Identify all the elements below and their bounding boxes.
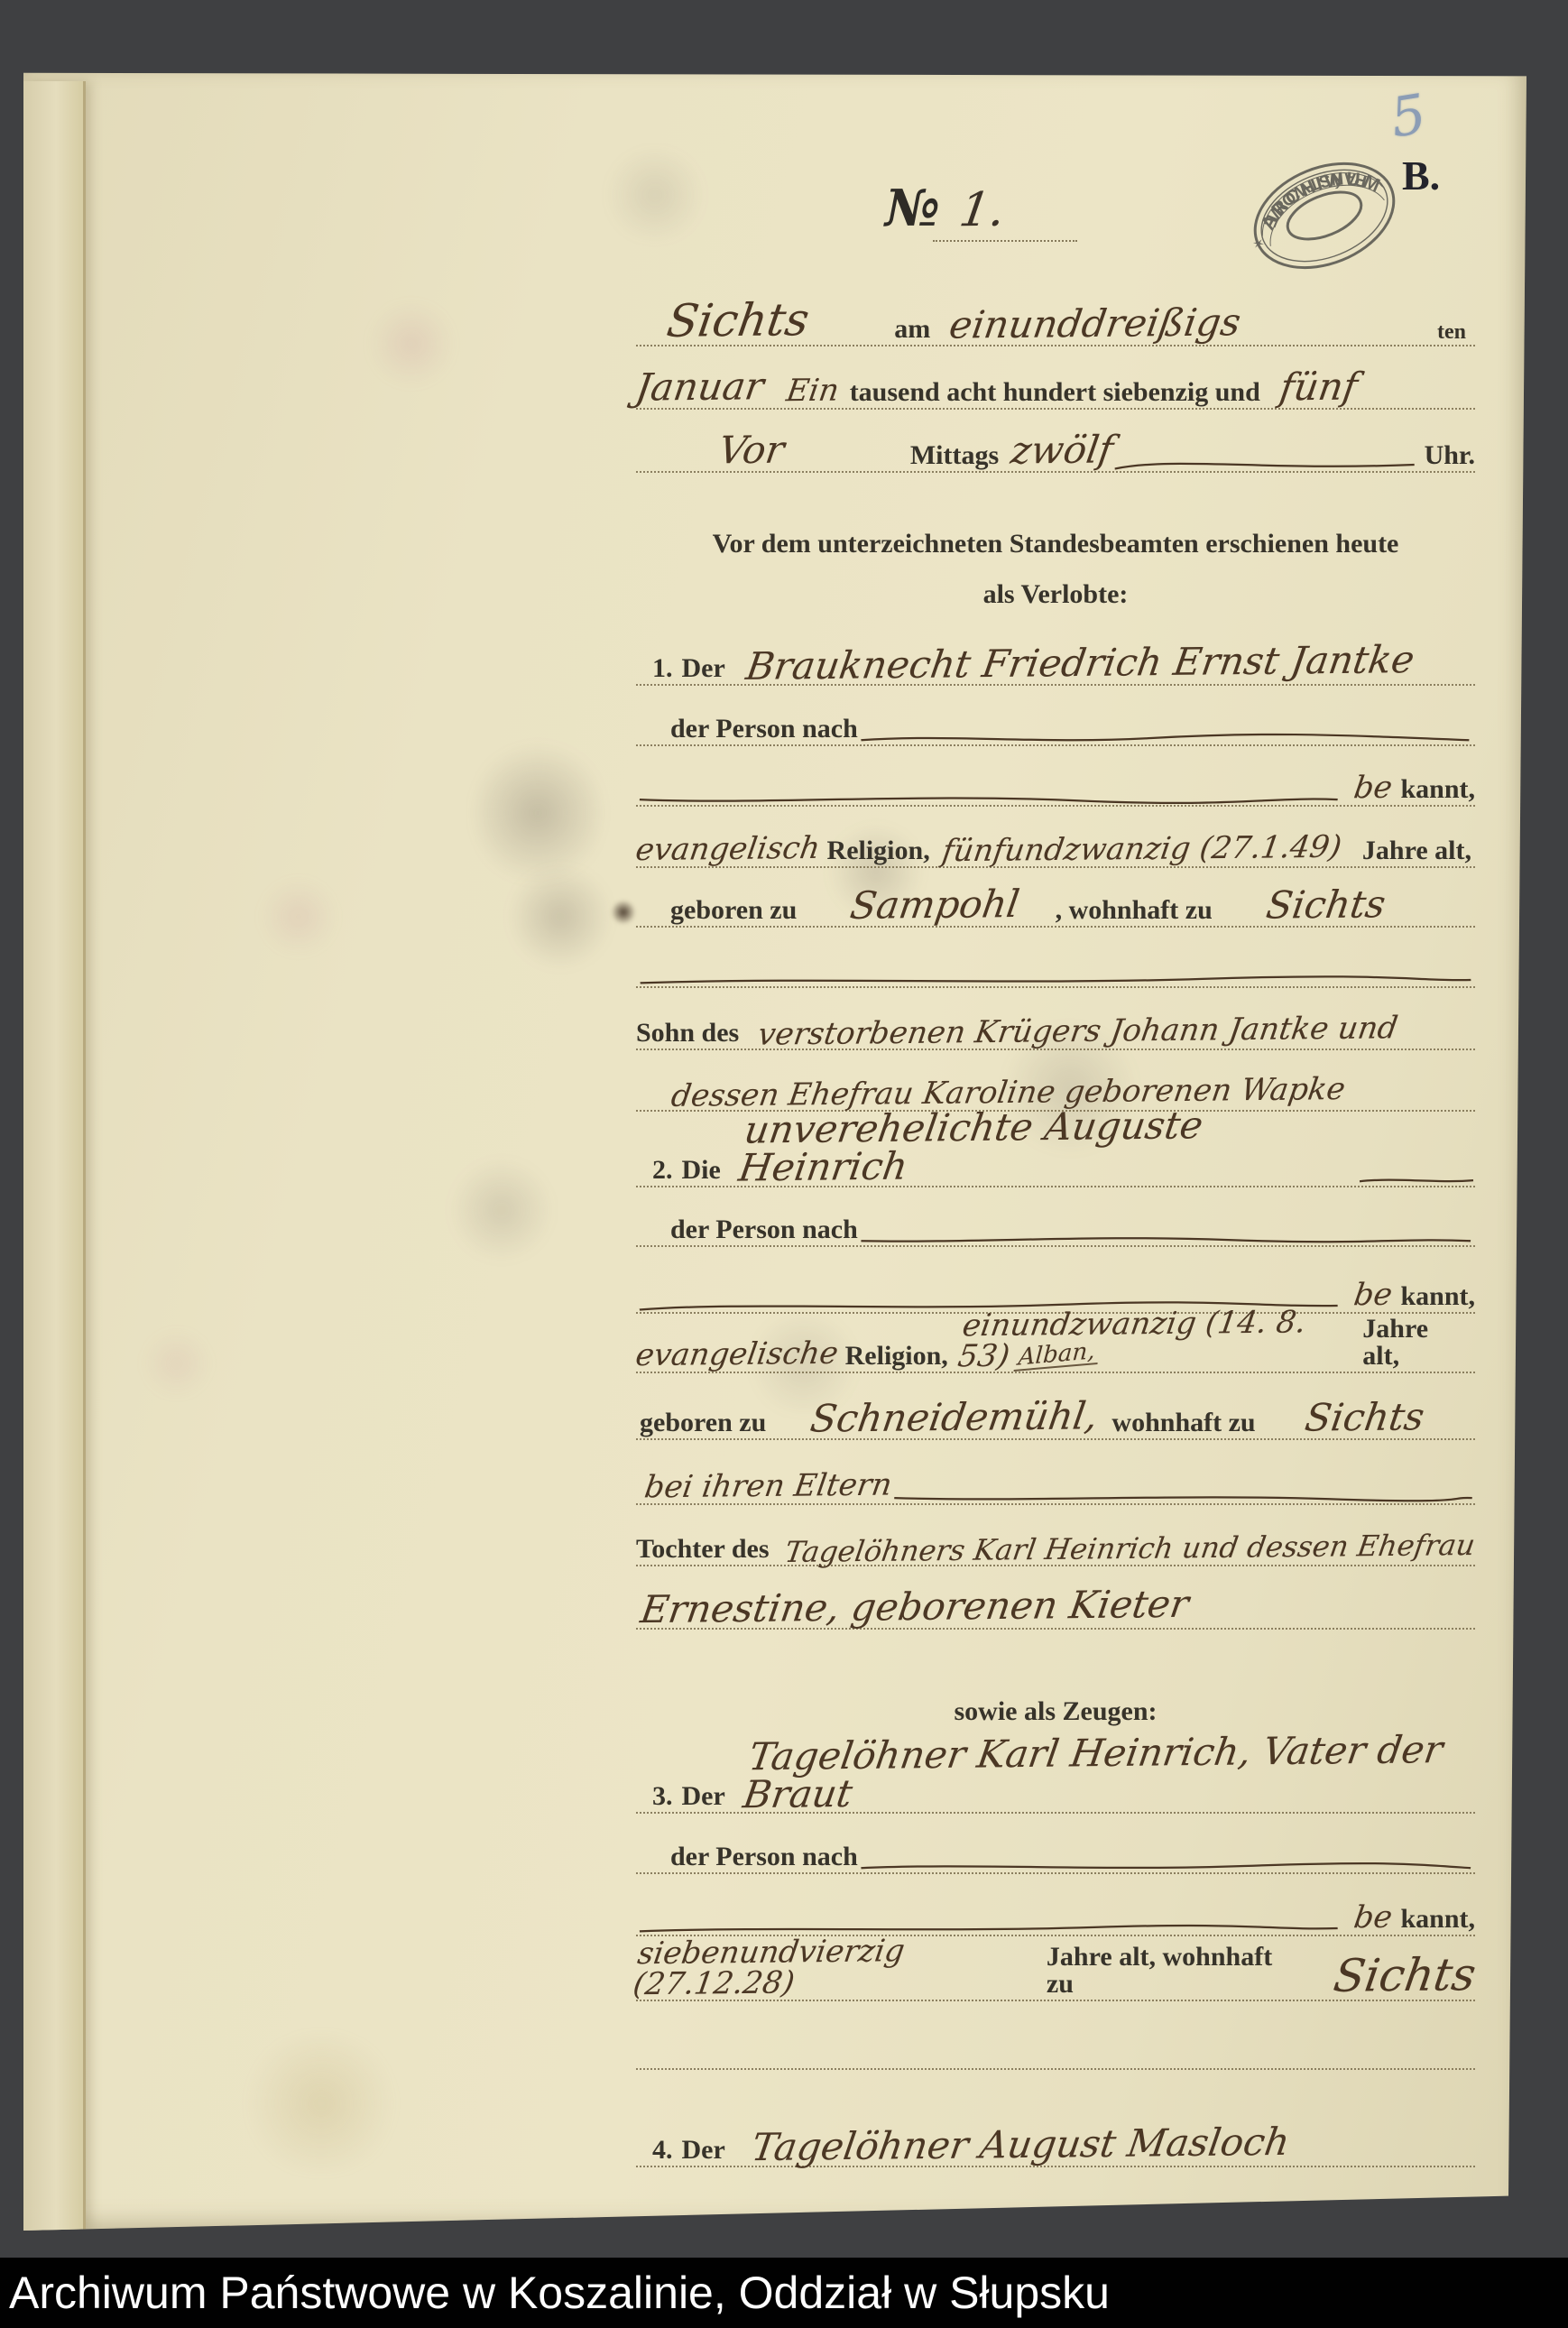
witness1-number: 3.	[652, 1783, 673, 1810]
hw-ein: Ein	[785, 375, 842, 407]
bride-name-line: 2. Die unverehelichte Auguste Heinrich	[636, 1108, 1475, 1187]
hw-witness2-name: Tagelöhner August Masloch	[749, 2123, 1292, 2166]
printed-kannt: kannt,	[1400, 1283, 1475, 1310]
groom-number: 1.	[652, 655, 673, 682]
printed-mittags: Mittags	[910, 442, 999, 469]
hw-bride-birthplace: Schneidemühl,	[808, 1397, 1101, 1437]
hw-bride-mother: Ernestine, geborenen Kieter	[638, 1585, 1191, 1629]
bride-mother-line: Ernestine, geborenen Kieter	[636, 1557, 1475, 1630]
bride-person-nach-line: der Person nach	[636, 1193, 1475, 1247]
form-line-time: Vor Mittags zwölf Uhr.	[636, 411, 1475, 473]
paper-stain	[366, 303, 457, 384]
printed-geboren-zu: geboren zu	[670, 897, 797, 924]
paper-stain	[511, 863, 610, 971]
archive-caption-text: Archiwum Państwowe w Koszalinie, Oddział…	[9, 2268, 1110, 2318]
record-number-rule	[933, 184, 1077, 242]
paper-stain	[475, 736, 601, 890]
bride-number: 2.	[652, 1157, 673, 1184]
series-letter: B.	[1402, 152, 1440, 199]
intro-line-2: als Verlobte:	[636, 581, 1475, 608]
ink-stroke	[636, 790, 1342, 807]
printed-wohnhaft-zu: , wohnhaft zu	[1056, 897, 1213, 924]
ink-stroke	[1113, 457, 1417, 473]
bride-bekannt-line: be kannt,	[636, 1256, 1475, 1314]
witness1-age-residence-line: siebenundvierzig (27.12.28) Jahre alt, w…	[636, 1933, 1475, 2001]
printed-religion: Religion,	[845, 1343, 948, 1370]
hw-witness1-name: Tagelöhner Karl Heinrich, Vater der Brau…	[741, 1731, 1481, 1814]
hw-witness1-age: siebenundvierzig (27.12.28)	[632, 1935, 1034, 2000]
groom-bekannt-line: be kannt,	[636, 749, 1475, 807]
printed-ten: ten	[1437, 321, 1466, 343]
hw-day: einunddreißigs	[947, 303, 1243, 344]
ink-stroke	[1358, 1171, 1475, 1187]
groom-blank-line	[636, 939, 1475, 988]
witness2-name-line: 4. Der Tagelöhner August Masloch	[636, 2088, 1475, 2167]
archival-page-number: 5	[1387, 82, 1431, 150]
paper-stain	[447, 1160, 556, 1260]
register-page: 5 B. ARCHIWUM PAŃSTWOWE ✶ №	[23, 69, 1526, 2231]
printed-uhr: Uhr.	[1425, 442, 1475, 469]
ink-stroke	[636, 972, 1475, 988]
hw-place: Sichts	[664, 297, 812, 344]
bride-parents-line: bei ihren Eltern	[636, 1447, 1475, 1505]
printed-person-nach: der Person nach	[670, 1216, 858, 1243]
groom-name-line: 1. Der Brauknecht Friedrich Ernst Jantke	[636, 606, 1475, 686]
printed-kannt: kannt,	[1400, 1906, 1475, 1933]
stamp-star-icon: ✶	[1250, 236, 1268, 254]
printed-year: tausend acht hundert siebenzig und	[850, 379, 1260, 406]
hw-be: be	[1351, 1902, 1394, 1933]
witness1-person-nach-line: der Person nach	[636, 1820, 1475, 1874]
witness-heading: sowie als Zeugen:	[636, 1698, 1475, 1725]
archive-stamp: ARCHIWUM PAŃSTWOWE ✶	[1243, 148, 1406, 283]
printed-am: am	[894, 316, 930, 343]
scanned-document-view: 5 B. ARCHIWUM PAŃSTWOWE ✶ №	[0, 0, 1568, 2328]
ink-stroke	[858, 730, 1475, 746]
groom-mother-line: dessen Ehefrau Karoline geborenen Wapke	[636, 1043, 1475, 1112]
archive-caption-bar: Archiwum Państwowe w Koszalinie, Oddział…	[0, 2258, 1568, 2328]
bride-birth-residence-line: Alban, geboren zu Schneidemühl, wohnhaft…	[636, 1368, 1475, 1440]
ink-stroke	[858, 1231, 1475, 1247]
paper-stain	[601, 150, 709, 240]
printed-der: Der	[682, 1783, 725, 1810]
hw-groom-birthplace: Sampohl	[848, 885, 1022, 925]
form-line-place-day: Sichts am einunddreißigs ten	[636, 267, 1475, 346]
printed-der: Der	[682, 2137, 725, 2164]
numero-sign: №	[885, 179, 940, 238]
hw-groom-residence: Sichts	[1264, 885, 1388, 924]
intro-line-1: Vor dem unterzeichneten Standesbeamten e…	[636, 531, 1475, 558]
printed-person-nach: der Person nach	[670, 1843, 858, 1871]
hw-with-parents: bei ihren Eltern	[642, 1470, 894, 1503]
witness1-name-line: 3. Der Tagelöhner Karl Heinrich, Vater d…	[636, 1731, 1475, 1814]
printed-kannt: kannt,	[1400, 776, 1475, 803]
hw-bride-religion: evangelische	[633, 1338, 840, 1371]
hw-year: fünf	[1277, 368, 1360, 407]
groom-birth-residence-line: geboren zu Sampohl , wohnhaft zu Sichts	[636, 855, 1475, 928]
ink-stroke	[891, 1489, 1475, 1505]
hw-bride-residence: Sichts	[1302, 1398, 1426, 1437]
witness1-blank-line	[636, 2027, 1475, 2070]
groom-father-line: Sohn des verstorbenen Krügers Johann Jan…	[636, 989, 1475, 1050]
binding-edge	[23, 81, 86, 2231]
witness2-number: 4.	[652, 2137, 673, 2164]
printed-wohnhaft-zu: wohnhaft zu	[1111, 1409, 1255, 1437]
printed-jahre-wohnhaft: Jahre alt, wohnhaft zu	[1047, 1944, 1280, 1998]
paper-stain	[258, 881, 339, 953]
groom-person-nach-line: der Person nach	[636, 692, 1475, 746]
ink-stroke	[858, 1858, 1475, 1874]
hw-hour: zwölf	[1009, 430, 1116, 469]
hw-groom-name: Brauknecht Friedrich Ernst Jantke	[743, 641, 1416, 686]
hw-bride-name: unverehelichte Auguste Heinrich	[736, 1104, 1364, 1187]
printed-der: Der	[682, 655, 725, 682]
hw-vor: Vor	[716, 431, 787, 470]
hw-be: be	[1351, 772, 1394, 803]
printed-geboren-zu: geboren zu	[640, 1409, 766, 1437]
hw-witness1-residence: Sichts	[1331, 1952, 1479, 1999]
printed-jahre-alt: Jahre alt,	[1362, 1316, 1471, 1370]
printed-person-nach: der Person nach	[670, 716, 858, 743]
witness1-bekannt-line: be kannt,	[636, 1879, 1475, 1936]
printed-die: Die	[682, 1157, 721, 1184]
ink-blot	[612, 901, 635, 924]
hw-month: Januar	[633, 367, 767, 406]
paper-stain	[240, 2036, 402, 2171]
paper-stain	[141, 1332, 213, 1395]
form-line-month-year: Januar Ein tausend acht hundert siebenzi…	[636, 341, 1475, 410]
